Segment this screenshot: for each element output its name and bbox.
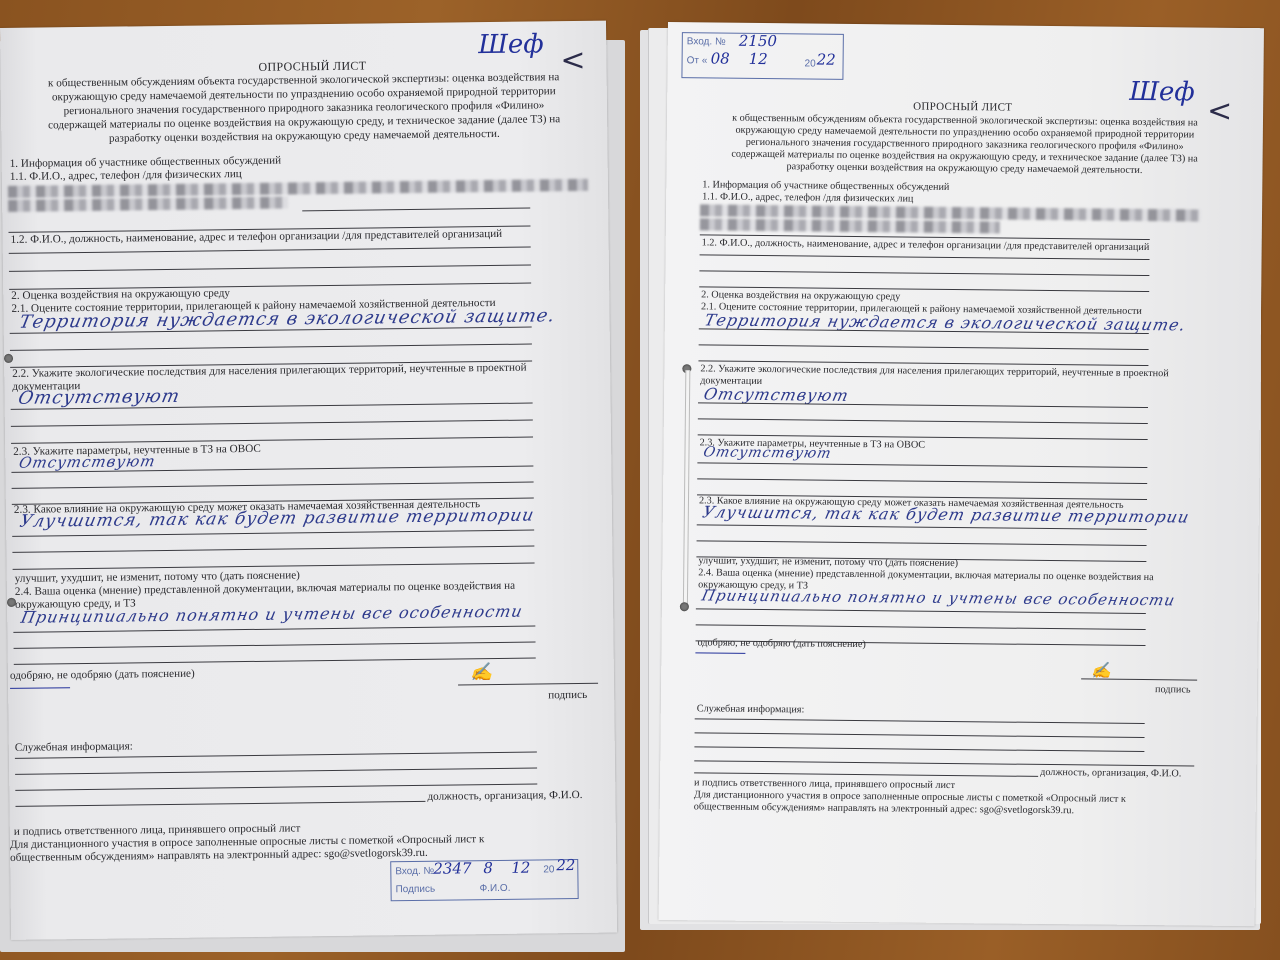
answer-2-3b: Улучшится, так как будет развитие террит… bbox=[701, 502, 1192, 526]
form-title: ОПРОСНЫЙ ЛИСТ bbox=[258, 60, 366, 74]
service-line bbox=[15, 767, 537, 774]
binder-hole bbox=[7, 598, 16, 607]
service-info-label: Служебная информация: bbox=[697, 702, 805, 716]
stamp-day: 08 bbox=[711, 49, 730, 67]
stamp-year-prefix: 20 bbox=[543, 864, 554, 875]
position-label: должность, организация, Ф.И.О. bbox=[1040, 766, 1181, 780]
answer-line bbox=[302, 208, 530, 212]
stamp-year: 22 bbox=[817, 51, 836, 69]
answer-2-3: Отсутствуют bbox=[18, 452, 158, 472]
answer-line bbox=[697, 478, 1147, 484]
remote-note-line: общественным обсуждениям» направлять на … bbox=[694, 800, 1074, 817]
incoming-stamp: Вход. № 2347 8 12 20 22 Подпись Ф.И.О. bbox=[390, 859, 578, 901]
signature-line bbox=[1081, 678, 1197, 680]
stamp-number: 2347 bbox=[433, 859, 471, 877]
answer-line bbox=[9, 265, 531, 272]
field-2-2-label: 2.2. Укажите экологические последствия д… bbox=[12, 362, 526, 381]
signature-label: подпись bbox=[548, 689, 587, 702]
answer-line bbox=[697, 540, 1147, 546]
initials-signature: Шеф bbox=[478, 29, 544, 60]
stamp-in-label: Вход. № bbox=[395, 866, 434, 877]
check-mark: < bbox=[560, 43, 586, 78]
answer-line bbox=[10, 344, 532, 351]
answer-line bbox=[12, 482, 534, 489]
answer-line bbox=[14, 642, 536, 649]
left-survey-form: ОПРОСНЫЙ ЛИСТ к общественным обсуждениям… bbox=[0, 21, 617, 940]
answer-line bbox=[13, 626, 535, 633]
approve-underline bbox=[10, 687, 70, 689]
signature-label: подпись bbox=[1155, 683, 1191, 696]
answer-line bbox=[11, 420, 533, 427]
incoming-stamp: Вход. № 2150 От « 08 12 20 22 bbox=[681, 32, 843, 80]
participant-signature: ✍ bbox=[1091, 660, 1111, 679]
field-1-1-label: 1.1. Ф.И.О., адрес, телефон /для физичес… bbox=[702, 190, 913, 205]
binder-hole bbox=[680, 602, 689, 611]
stamp-number: 2150 bbox=[739, 32, 777, 50]
form-title: ОПРОСНЫЙ ЛИСТ bbox=[913, 101, 1012, 115]
stamp-fio-label: Ф.И.О. bbox=[479, 883, 510, 894]
stamp-in-label: Вход. № bbox=[687, 36, 726, 47]
answer-2-3: Отсутствуют bbox=[702, 444, 834, 461]
answer-2-2: Отсутствуют bbox=[16, 386, 182, 409]
answer-line bbox=[696, 608, 1146, 614]
answer-line bbox=[699, 270, 1149, 276]
approve-underline bbox=[695, 652, 745, 654]
service-line bbox=[694, 760, 1194, 766]
answer-line bbox=[697, 462, 1147, 468]
stamp-year-prefix: 20 bbox=[805, 58, 816, 69]
right-survey-form: Вход. № 2150 От « 08 12 20 22 Шеф < ОПРО… bbox=[659, 22, 1264, 926]
answer-line bbox=[700, 254, 1150, 260]
field-1-1-label: 1.1. Ф.И.О., адрес, телефон /для физичес… bbox=[10, 168, 242, 184]
approve-options: одобряю, не одобряю (дать пояснение) bbox=[10, 668, 195, 683]
service-line bbox=[695, 718, 1145, 724]
participant-signature: ✍ bbox=[470, 662, 493, 683]
answer-line bbox=[14, 658, 536, 665]
redacted-personal-data bbox=[8, 196, 288, 211]
service-line bbox=[16, 801, 426, 807]
binder-hole bbox=[4, 354, 13, 363]
answer-line bbox=[9, 247, 531, 254]
answer-line bbox=[698, 418, 1148, 424]
position-label: должность, организация, Ф.И.О. bbox=[427, 789, 582, 804]
stamp-sign-label: Подпись bbox=[395, 884, 435, 895]
redacted-personal-data bbox=[700, 218, 1000, 233]
stamp-day: 8 bbox=[483, 859, 493, 877]
answer-line bbox=[12, 546, 534, 553]
stamp-year: 22 bbox=[556, 856, 575, 874]
initials-signature: Шеф bbox=[1129, 77, 1195, 108]
stamp-month: 12 bbox=[749, 50, 768, 68]
stamp-month: 12 bbox=[511, 859, 530, 877]
approve-options: одобряю, не одобряю (дать пояснение) bbox=[697, 636, 865, 651]
service-line bbox=[694, 746, 1144, 752]
stamp-from-label: От « bbox=[687, 55, 708, 66]
answer-line bbox=[699, 344, 1149, 350]
binder-string bbox=[683, 370, 690, 606]
service-line bbox=[695, 732, 1145, 738]
answer-line bbox=[696, 624, 1146, 630]
answer-line bbox=[11, 437, 533, 444]
answer-2-4: Принципиально понятно и учтены все особе… bbox=[700, 586, 1177, 609]
service-info-label: Служебная информация: bbox=[15, 740, 133, 754]
answer-line bbox=[698, 402, 1148, 408]
